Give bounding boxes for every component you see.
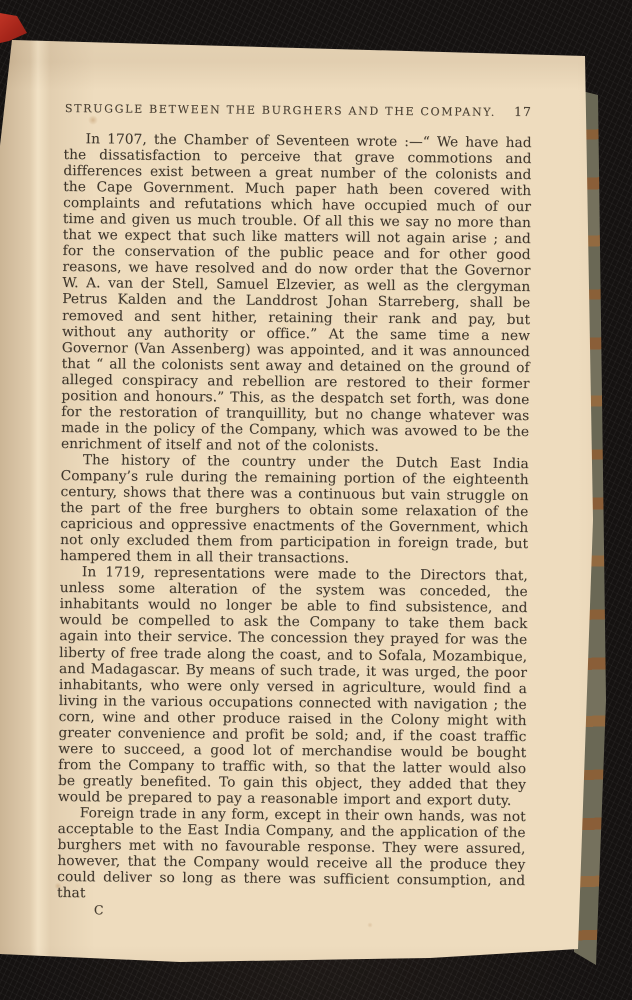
running-header-title: STRUGGLE BETWEEN THE BURGHERS AND THE CO… <box>65 102 496 119</box>
paragraph-1: In 1707, the Chamber of Seventeen wrote … <box>61 131 532 456</box>
signature-mark: C <box>94 903 525 922</box>
book-page: STRUGGLE BETWEEN THE BURGHERS AND THE CO… <box>0 0 632 1000</box>
running-header: STRUGGLE BETWEEN THE BURGHERS AND THE CO… <box>65 100 532 119</box>
photo-background: STRUGGLE BETWEEN THE BURGHERS AND THE CO… <box>0 0 632 1000</box>
paragraph-4: Foreign trade in any form, except in the… <box>57 805 526 905</box>
page-number: 17 <box>514 104 532 119</box>
page-content: STRUGGLE BETWEEN THE BURGHERS AND THE CO… <box>57 100 532 921</box>
paragraph-2: The history of the country under the Dut… <box>60 452 529 568</box>
paragraph-3: In 1719, representations were made to th… <box>58 564 528 809</box>
